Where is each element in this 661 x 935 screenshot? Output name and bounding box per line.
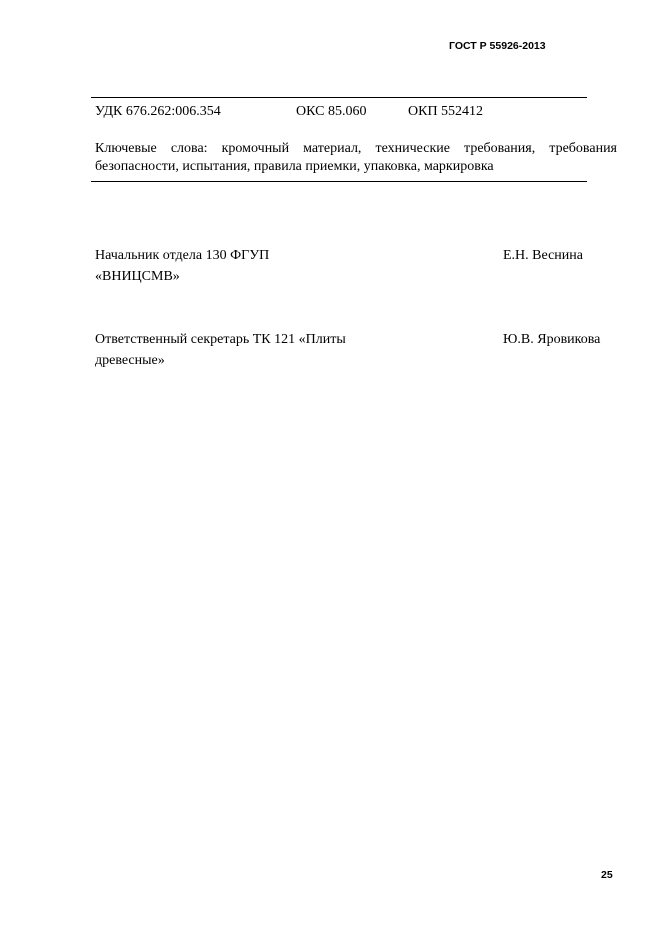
signatory-role-line-2: древесные» — [95, 350, 415, 371]
bottom-divider — [91, 181, 587, 182]
signatory-role: Ответственный секретарь ТК 121 «Плиты др… — [95, 329, 415, 371]
page-number: 25 — [601, 869, 613, 881]
udk-code: УДК 676.262:006.354 — [95, 104, 221, 120]
signatory-role-line-1: Начальник отдела 130 ФГУП — [95, 245, 415, 266]
signatory-role: Начальник отдела 130 ФГУП «ВНИЦСМВ» — [95, 245, 415, 287]
signatory-name: Ю.В. Яровикова — [503, 329, 600, 350]
standard-code-header: ГОСТ Р 55926-2013 — [449, 40, 546, 52]
signatory-role-line-2: «ВНИЦСМВ» — [95, 266, 415, 287]
oks-code: ОКС 85.060 — [296, 104, 366, 120]
signatory-name: Е.Н. Веснина — [503, 245, 583, 266]
signatory-role-line-1: Ответственный секретарь ТК 121 «Плиты — [95, 329, 415, 350]
keywords-line-1: Ключевые слова: кромочный материал, техн… — [95, 140, 617, 158]
keywords-line-2: безопасности, испытания, правила приемки… — [95, 158, 617, 176]
okp-code: ОКП 552412 — [408, 104, 483, 120]
top-divider — [91, 97, 587, 98]
keywords-block: Ключевые слова: кромочный материал, техн… — [95, 140, 617, 176]
